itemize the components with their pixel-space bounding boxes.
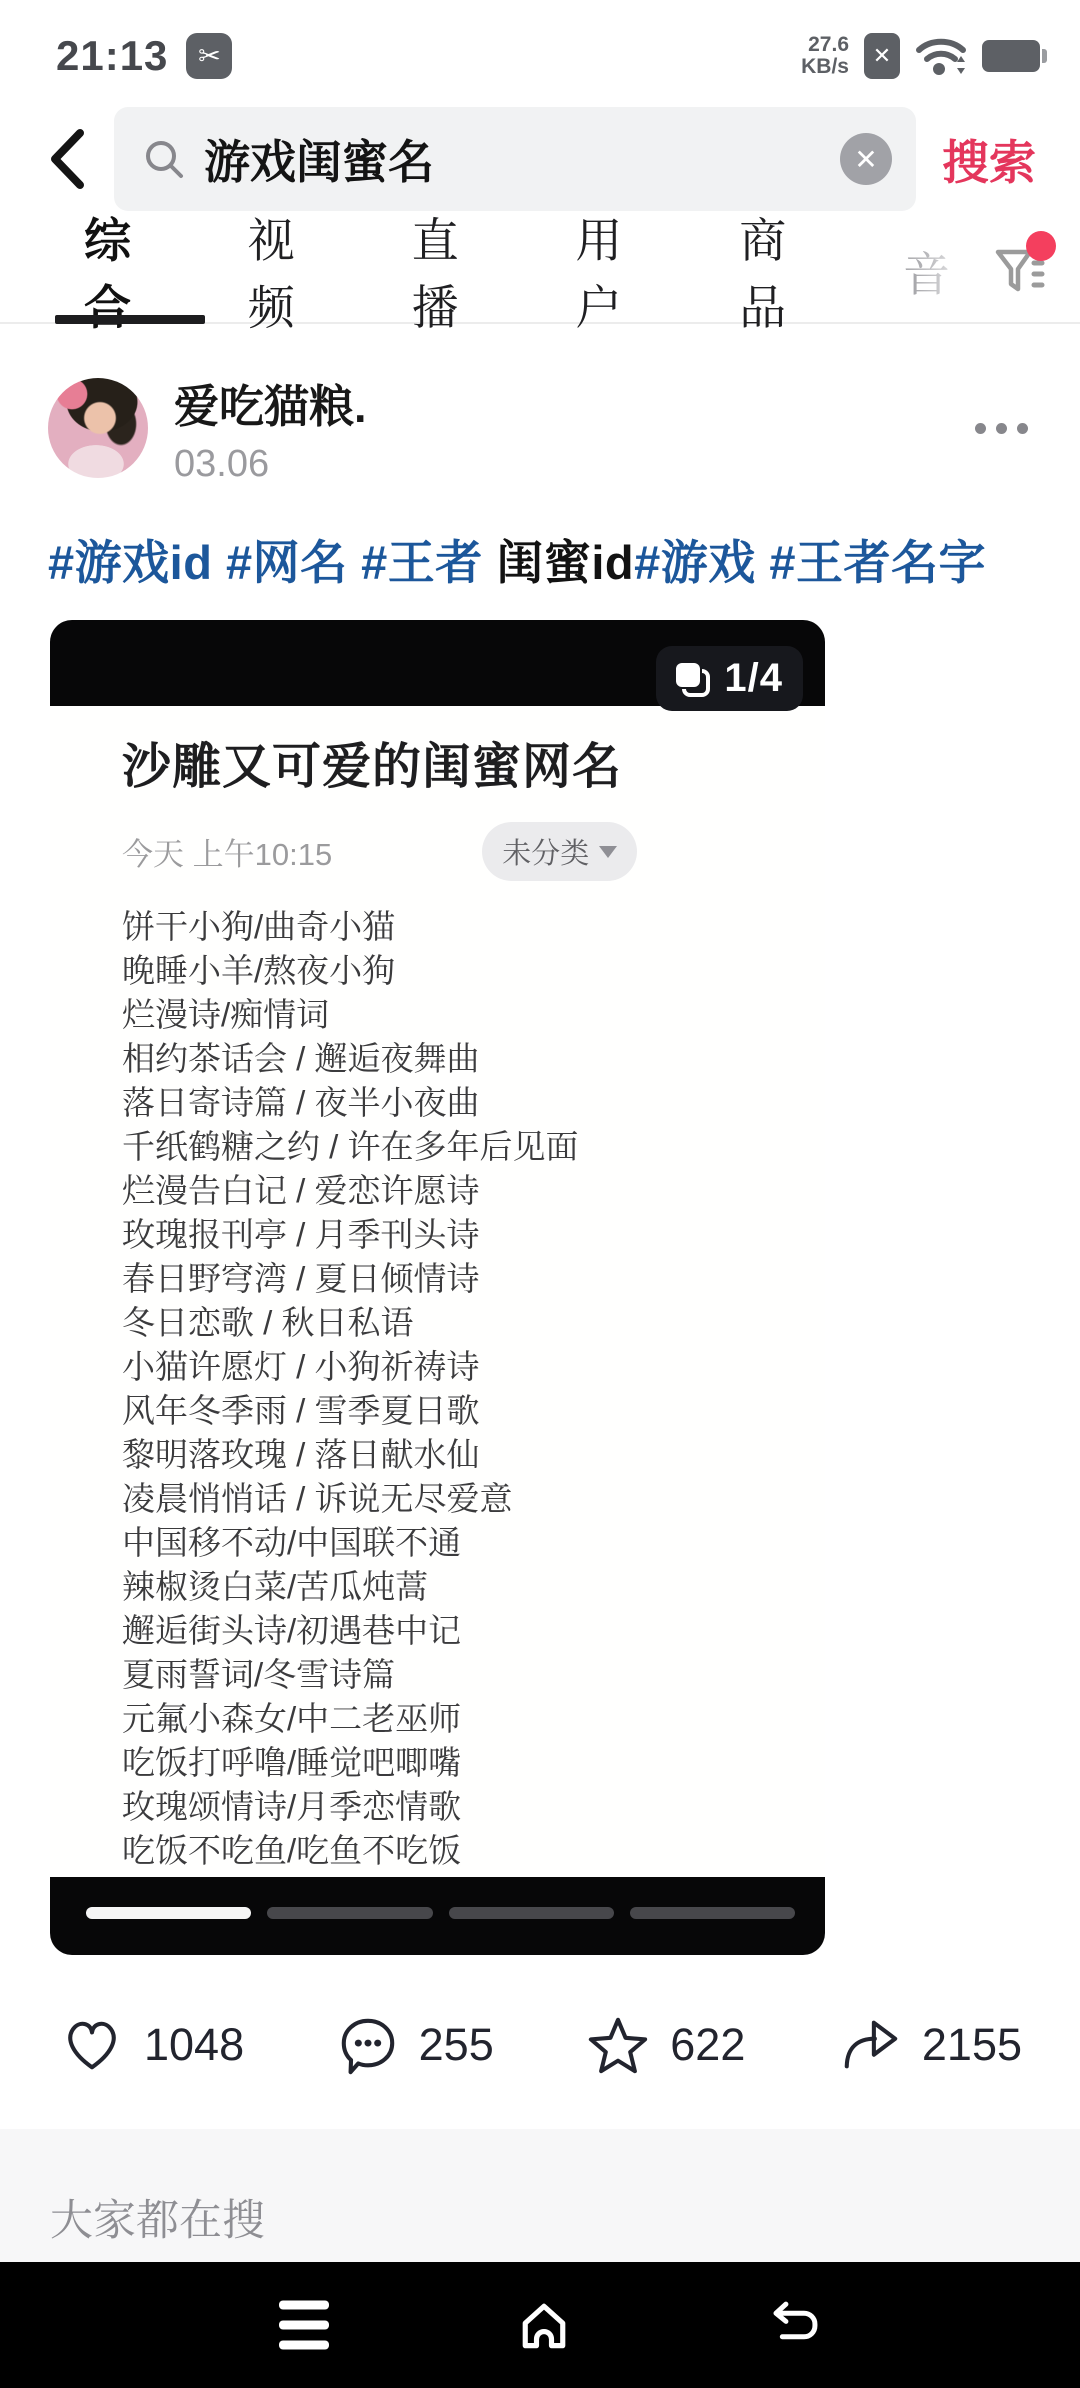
name-list-item: 玫瑰报刊亭 / 月季刊头诗 (122, 1213, 795, 1257)
favorite-action[interactable]: 622 (586, 2014, 745, 2076)
related-search-header: 大家都在搜 (50, 2187, 1080, 2248)
name-list-item: 凌晨悄悄话 / 诉说无尽爱意 (122, 1477, 795, 1521)
title-plain-text: 闺蜜id (496, 536, 634, 589)
carousel-bar[interactable] (86, 1907, 251, 1919)
comment-action[interactable]: 255 (337, 2014, 494, 2076)
name-list-item: 晚睡小羊/熬夜小狗 (122, 949, 795, 993)
wifi-icon (915, 34, 967, 78)
network-speed: 27.6 KB/s (801, 34, 849, 78)
favorite-count: 622 (670, 2019, 745, 2071)
card-bottom-strip (50, 1877, 825, 1955)
hashtag-link[interactable]: #游戏 (634, 536, 769, 589)
page-indicator-text: 1/4 (724, 656, 783, 701)
star-icon (586, 2014, 650, 2076)
home-icon[interactable] (513, 2295, 575, 2355)
hashtag-link[interactable]: #王者 (361, 536, 496, 589)
tab-goods[interactable]: 商品 (739, 220, 831, 322)
name-list-item: 吃饭打呼噜/睡觉吧唧嘴 (122, 1741, 795, 1785)
menu-icon[interactable] (279, 2301, 329, 2350)
name-list-item: 风年冬季雨 / 雪季夏日歌 (122, 1389, 795, 1433)
back-button[interactable] (46, 128, 88, 190)
search-input[interactable]: 游戏闺蜜名 ✕ (114, 107, 916, 211)
like-count: 1048 (144, 2019, 244, 2071)
name-list-item: 小猫许愿灯 / 小狗祈祷诗 (122, 1345, 795, 1389)
name-list-item: 元氟小森女/中二老巫师 (122, 1697, 795, 1741)
username[interactable]: 爱吃猫粮. (174, 370, 367, 435)
screenshot-scissors-icon: ✂ (186, 33, 232, 79)
name-list-item: 冬日恋歌 / 秋日私语 (122, 1301, 795, 1345)
tab-video[interactable]: 视频 (248, 220, 340, 322)
post-title: #游戏id #网名 #王者 闺蜜id#游戏 #王者名字 (48, 534, 1032, 592)
name-list-item: 千纸鹤糖之约 / 许在多年后见面 (122, 1125, 795, 1169)
search-icon (142, 137, 186, 181)
share-icon (838, 2014, 902, 2076)
status-icons: 27.6 KB/s ✕ (801, 33, 1040, 79)
name-list-item: 夏雨誓词/冬雪诗篇 (122, 1653, 795, 1697)
back-nav-icon[interactable] (766, 2296, 824, 2354)
filter-button[interactable] (990, 243, 1046, 299)
post-identity: 爱吃猫粮. 03.06 (174, 370, 367, 486)
carousel-bar[interactable] (630, 1907, 795, 1919)
name-list-item: 落日寄诗篇 / 夜半小夜曲 (122, 1081, 795, 1125)
like-action[interactable]: 1048 (60, 2014, 244, 2076)
avatar[interactable] (48, 378, 148, 478)
hashtag-link[interactable]: #游戏id (48, 536, 226, 589)
name-list-item: 春日野穹湾 / 夏日倾情诗 (122, 1257, 795, 1301)
clear-search-icon[interactable]: ✕ (840, 133, 892, 185)
share-count: 2155 (922, 2019, 1022, 2071)
name-list-item: 饼干小狗/曲奇小猫 (122, 905, 795, 949)
clock: 21:13 (56, 32, 168, 80)
search-query-text: 游戏闺蜜名 (204, 126, 840, 192)
no-sim-icon: ✕ (864, 33, 900, 79)
tab-comprehensive[interactable]: 综合 (84, 220, 176, 322)
note-category-label: 未分类 (502, 831, 589, 872)
system-nav-bar (0, 2262, 1080, 2388)
post-date: 03.06 (174, 443, 367, 486)
carousel-bar[interactable] (449, 1907, 614, 1919)
note-category-tag[interactable]: 未分类 (482, 822, 637, 881)
comment-count: 255 (419, 2019, 494, 2071)
note-content: 沙雕又可爱的闺蜜网名 今天 上午10:15 未分类 饼干小狗/曲奇小猫晚睡小羊/… (50, 706, 825, 1877)
note-timestamp: 今天 上午10:15 (122, 829, 332, 874)
name-list-item: 邂逅街头诗/初遇巷中记 (122, 1609, 795, 1653)
multi-page-icon (672, 659, 712, 699)
tab-user[interactable]: 用户 (575, 220, 667, 322)
name-list-item: 玫瑰颂情诗/月季恋情歌 (122, 1785, 795, 1829)
post-result: 爱吃猫粮. 03.06 #游戏id #网名 #王者 闺蜜id#游戏 #王者名字 (0, 324, 1080, 592)
page-indicator: 1/4 (656, 646, 803, 711)
filter-new-badge (1026, 231, 1056, 261)
tab-live[interactable]: 直播 (412, 220, 504, 322)
hashtag-link[interactable]: #网名 (226, 536, 361, 589)
search-row: 游戏闺蜜名 ✕ 搜索 (0, 98, 1080, 220)
carousel-bars (86, 1907, 795, 1919)
carousel-bar[interactable] (267, 1907, 432, 1919)
search-submit-button[interactable]: 搜索 (942, 126, 1036, 193)
result-tabs: 综合 视频 直播 用户 商品 音 (0, 220, 1080, 324)
note-title: 沙雕又可爱的闺蜜网名 (122, 728, 795, 798)
name-list-item: 黎明落玫瑰 / 落日献水仙 (122, 1433, 795, 1477)
post-header: 爱吃猫粮. 03.06 (48, 370, 1032, 486)
name-list: 饼干小狗/曲奇小猫晚睡小羊/熬夜小狗烂漫诗/痴情词相约茶话会 / 邂逅夜舞曲落日… (122, 905, 795, 1877)
status-bar: 21:13 ✂ 27.6 KB/s ✕ (0, 0, 1080, 98)
note-image-card[interactable]: 1/4 沙雕又可爱的闺蜜网名 今天 上午10:15 未分类 饼干小狗/曲奇小猫晚… (50, 620, 825, 1955)
name-list-item: 烂漫告白记 / 爱恋许愿诗 (122, 1169, 795, 1213)
battery-icon (982, 40, 1040, 72)
page: { "status_bar": { "time": "21:13", "net_… (0, 0, 1080, 2388)
share-action[interactable]: 2155 (838, 2014, 1022, 2076)
comment-icon (337, 2014, 399, 2076)
name-list-item: 辣椒烫白菜/苦瓜炖蒿 (122, 1565, 795, 1609)
name-list-item: 相约茶话会 / 邂逅夜舞曲 (122, 1037, 795, 1081)
note-meta: 今天 上午10:15 未分类 (122, 822, 795, 881)
action-bar: 1048 255 622 2155 (0, 1999, 1080, 2091)
name-list-item: 烂漫诗/痴情词 (122, 993, 795, 1037)
name-list-item: 吃饭不吃鱼/吃鱼不吃饭 (122, 1829, 795, 1873)
tab-music-partial[interactable]: 音 (903, 220, 950, 322)
hashtag-link[interactable]: #王者名字 (769, 536, 986, 589)
card-top-strip: 1/4 (50, 620, 825, 706)
more-options-icon[interactable] (971, 413, 1032, 444)
caret-down-icon (599, 846, 617, 858)
name-list-item: 中国移不动/中国联不通 (122, 1521, 795, 1565)
heart-icon (60, 2014, 124, 2076)
related-search-section: 大家都在搜 (0, 2129, 1080, 2263)
